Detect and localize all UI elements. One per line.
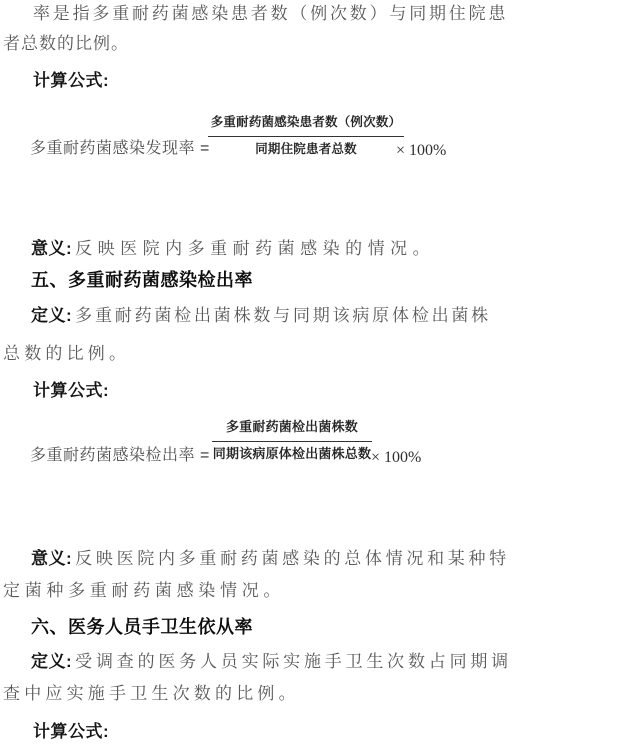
- formula2-multiplier: × 100%: [371, 448, 421, 467]
- formula2-equals-sign: =: [200, 447, 209, 464]
- formula2-fraction: 多重耐药菌检出菌株数 同期该病原体检出菌株总数: [212, 419, 372, 462]
- section5-definition-line-2: 总数的比例。: [3, 344, 130, 364]
- meaning2-text: 反映医院内多重耐药菌感染的总体情况和某种特: [75, 549, 510, 568]
- meaning1-text: 反映医院内多重耐药菌感染的情况。: [75, 239, 435, 258]
- section6-heading: 六、医务人员手卫生依从率: [31, 616, 253, 638]
- formula2-lhs: 多重耐药菌感染检出率: [30, 447, 195, 464]
- meaning2-line-2: 定菌种多重耐药菌感染情况。: [3, 581, 285, 601]
- section5-definition-line-1: 定义:多重耐药菌检出菌株数与同期该病原体检出菌株: [31, 306, 491, 326]
- section6-definition-text: 受调查的医务人员实际实施手卫生次数占同期调: [75, 652, 512, 671]
- intro-line-2: 者总数的比例。: [3, 34, 129, 54]
- meaning1-line: 意义:反映医院内多重耐药菌感染的情况。: [31, 239, 435, 259]
- meaning1-label: 意义:: [31, 239, 72, 258]
- section5-definition-text: 多重耐药菌检出菌株数与同期该病原体检出菌株: [75, 306, 491, 325]
- meaning2-label: 意义:: [31, 549, 72, 568]
- formula2-numerator: 多重耐药菌检出菌株数: [212, 419, 372, 442]
- section6-definition-label: 定义:: [31, 652, 72, 671]
- formula1-fraction: 多重耐药菌感染患者数（例次数） 同期住院患者总数: [208, 114, 404, 157]
- calc-formula-label-1: 计算公式:: [33, 71, 109, 91]
- formula1-multiplier: × 100%: [396, 141, 446, 160]
- document-page: 率是指多重耐药菌感染患者数（例次数）与同期住院患 者总数的比例。 计算公式: 多…: [0, 0, 640, 756]
- section5-definition-label: 定义:: [31, 306, 72, 325]
- formula1-denominator: 同期住院患者总数: [208, 137, 404, 157]
- formula1-numerator: 多重耐药菌感染患者数（例次数）: [208, 114, 404, 137]
- formula2-denominator: 同期该病原体检出菌株总数: [212, 442, 372, 462]
- section5-heading: 五、多重耐药菌感染检出率: [31, 269, 253, 291]
- calc-formula-label-2: 计算公式:: [33, 381, 109, 401]
- formula1-lhs-line: 多重耐药菌感染发现率=: [30, 139, 209, 159]
- section6-definition-line-1: 定义:受调查的医务人员实际实施手卫生次数占同期调: [31, 652, 512, 672]
- formula2-lhs-line: 多重耐药菌感染检出率=: [30, 446, 209, 466]
- section6-definition-line-2: 查中应实施手卫生次数的比例。: [3, 684, 300, 704]
- meaning2-line-1: 意义:反映医院内多重耐药菌感染的总体情况和某种特: [31, 549, 510, 569]
- formula1-lhs: 多重耐药菌感染发现率: [30, 140, 195, 157]
- intro-line-1: 率是指多重耐药菌感染患者数（例次数）与同期住院患: [33, 4, 508, 24]
- calc-formula-label-3: 计算公式:: [33, 722, 109, 742]
